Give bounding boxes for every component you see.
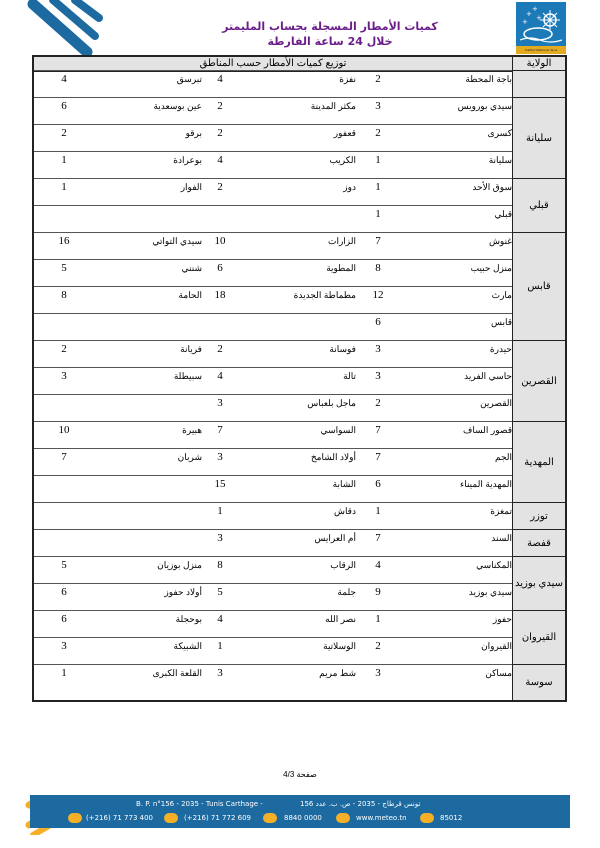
station-name: بوعرادة (82, 155, 202, 166)
rainfall-value: 3 (370, 370, 386, 382)
rainfall-value: 1 (56, 667, 72, 679)
station-name: مساكن (392, 668, 512, 679)
rainfall-value: 2 (370, 640, 386, 652)
rainfall-value: 5 (56, 262, 72, 274)
governorate-cell: توزر (512, 502, 565, 529)
footer-website[interactable]: www.meteo.tn (356, 814, 407, 822)
table-row: القصرين2ماجل بلعباس3 (34, 394, 512, 421)
logo-caption: Institut National de la Météorologie (516, 46, 566, 54)
station-name: تمغزة (392, 506, 512, 517)
rainfall-value: 2 (56, 343, 72, 355)
rainfall-value: 3 (370, 343, 386, 355)
footer-band: B. P. n°156 - 2035 - Tunis Carthage - تو… (30, 795, 570, 828)
governorate-cell: سليانة (512, 97, 565, 178)
svg-text:+: + (532, 5, 538, 13)
rainfall-value: 1 (370, 181, 386, 193)
weather-logo-icon: ++++ (516, 2, 566, 46)
station-name: الزارات (236, 236, 356, 247)
footer-phone: (+216) 71 773 400 (86, 814, 153, 822)
table-row: باجة المحطة2نفزة4تبرسق4 (34, 70, 512, 97)
table-row: حاسي الفريد3تالة4سبيطلة3 (34, 367, 512, 394)
table-row: قبلي1 (34, 205, 512, 232)
rainfall-value: 18 (212, 289, 228, 301)
station-name: قابس (392, 317, 512, 328)
station-name: الجم (392, 452, 512, 463)
header-distribution: توزيع كميات الأمطار حسب المناطق (34, 57, 512, 70)
station-name: الفوار (82, 182, 202, 193)
rainfall-value: 2 (212, 181, 228, 193)
station-name: شربان (82, 452, 202, 463)
table-row: منزل حبيب8المطوية6شنني5 (34, 259, 512, 286)
station-name: غنوش (392, 236, 512, 247)
inm-logo: ++++ Institut National de la Météorologi… (516, 2, 566, 54)
table-row: السند7أم العرايس3 (34, 529, 512, 556)
rainfall-value: 9 (370, 586, 386, 598)
station-name: نصر الله (236, 614, 356, 625)
station-name: فريانة (82, 344, 202, 355)
table-row: المكناسي4الرقاب8منزل بوزيان5 (34, 556, 512, 583)
table-row: سوق الأحد1دوز2الفوار1 (34, 178, 512, 205)
table-row: حيدرة3فوسانة2فريانة2 (34, 340, 512, 367)
station-name: قعفور (236, 128, 356, 139)
rainfall-table: توزيع كميات الأمطار حسب المناطق الولاية … (32, 55, 567, 702)
station-name: دوز (236, 182, 356, 193)
table-row: المهدية الميناء6الشابة15 (34, 475, 512, 502)
station-name: السند (392, 533, 512, 544)
station-name: فوسانة (236, 344, 356, 355)
station-name: الكريب (236, 155, 356, 166)
rainfall-value: 1 (56, 154, 72, 166)
rainfall-value: 3 (212, 667, 228, 679)
rainfall-value: 4 (212, 613, 228, 625)
rainfall-value: 6 (56, 586, 72, 598)
station-name: السواسي (236, 425, 356, 436)
station-name: شنني (82, 263, 202, 274)
rainfall-value: 7 (370, 235, 386, 247)
station-name: باجة المحطة (392, 74, 512, 85)
station-name: سبيطلة (82, 371, 202, 382)
table-row: تمغزة1دقاش1 (34, 502, 512, 529)
rainfall-value: 4 (212, 370, 228, 382)
rainfall-value: 8 (56, 289, 72, 301)
table-row: سيدي بوزيد9جلمة5أولاد حفوز6 (34, 583, 512, 610)
table-row: غنوش7الزارات10سيدي التواتي16 (34, 232, 512, 259)
rainfall-value: 1 (370, 208, 386, 220)
rainfall-value: 3 (56, 640, 72, 652)
station-name: القصرين (392, 398, 512, 409)
rainfall-value: 2 (56, 127, 72, 139)
fax-icon (164, 813, 178, 823)
rainfall-value: 4 (212, 73, 228, 85)
rainfall-value: 7 (56, 451, 72, 463)
station-name: سيدي بوزيد (392, 587, 512, 598)
governorate-cell: سوسة (512, 664, 565, 700)
rainfall-value: 1 (370, 154, 386, 166)
rainfall-value: 1 (56, 181, 72, 193)
station-name: تبرسق (82, 74, 202, 85)
header-stripes-graphic (25, 0, 110, 55)
governorate-cell (512, 70, 565, 97)
rainfall-value: 8 (370, 262, 386, 274)
station-name: منزل حبيب (392, 263, 512, 274)
rainfall-value: 4 (56, 73, 72, 85)
rainfall-value: 6 (370, 316, 386, 328)
rainfall-value: 3 (370, 667, 386, 679)
rainfall-value: 2 (212, 127, 228, 139)
station-name: أم العرايس (236, 533, 356, 544)
rainfall-value: 3 (212, 397, 228, 409)
rainfall-value: 3 (212, 532, 228, 544)
governorate-cell: سيدي بوزيد (512, 556, 565, 610)
station-name: المهدية الميناء (392, 479, 512, 490)
table-row: قابس6 (34, 313, 512, 340)
table-row: سيدي بورويس3مكثر المدينة2عين بوسعدية6 (34, 97, 512, 124)
svg-text:+: + (536, 14, 542, 22)
rainfall-value: 10 (212, 235, 228, 247)
governorate-cell: القيروان (512, 610, 565, 664)
station-name: الوسلاتية (236, 641, 356, 652)
rainfall-value: 2 (370, 73, 386, 85)
table-row: قصور الساف7السواسي7هبيرة10 (34, 421, 512, 448)
station-name: سوق الأحد (392, 182, 512, 193)
table-row: مارث12مطماطة الجديدة18الحامة8 (34, 286, 512, 313)
sms-icon (420, 813, 434, 823)
station-name: القيروان (392, 641, 512, 652)
station-name: حفوز (392, 614, 512, 625)
station-name: أولاد الشامخ (236, 452, 356, 463)
rainfall-value: 2 (370, 127, 386, 139)
station-name: الشبيكة (82, 641, 202, 652)
rainfall-value: 6 (370, 478, 386, 490)
rainfall-value: 4 (212, 154, 228, 166)
station-name: بوحجلة (82, 614, 202, 625)
report-title-line1: كميات الأمطار المسجلة بحساب المليمتر (200, 20, 460, 33)
station-name: دقاش (236, 506, 356, 517)
station-name: ماجل بلعباس (236, 398, 356, 409)
station-name: نفزة (236, 74, 356, 85)
hotline-icon (263, 813, 277, 823)
svg-text:+: + (522, 18, 528, 26)
station-name: أولاد حفوز (82, 587, 202, 598)
footer-sms: 85012 (440, 814, 462, 822)
rainfall-value: 2 (212, 100, 228, 112)
governorate-cell: قبلي (512, 178, 565, 232)
station-name: سيدي التواتي (82, 236, 202, 247)
station-name: سليانة (392, 155, 512, 166)
rainfall-value: 7 (370, 424, 386, 436)
footer-hotline: 8840 0000 (284, 814, 322, 822)
station-name: المطوية (236, 263, 356, 274)
table-row: الجم7أولاد الشامخ3شربان7 (34, 448, 512, 475)
table-row: مساكن3شط مريم3القلعة الكبرى1 (34, 664, 512, 700)
station-name: عين بوسعدية (82, 101, 202, 112)
rainfall-value: 5 (212, 586, 228, 598)
station-name: حاسي الفريد (392, 371, 512, 382)
rainfall-value: 1 (212, 505, 228, 517)
station-name: برقو (82, 128, 202, 139)
station-name: جلمة (236, 587, 356, 598)
station-name: مطماطة الجديدة (236, 290, 356, 301)
station-name: مارث (392, 290, 512, 301)
governorate-cell: القصرين (512, 340, 565, 421)
rainfall-value: 6 (212, 262, 228, 274)
station-name: المكناسي (392, 560, 512, 571)
footer-address-ar: تونس قرطاج - 2035 - ص. ب. عدد 156 (300, 800, 420, 808)
governorate-cell: قابس (512, 232, 565, 340)
rainfall-value: 2 (212, 343, 228, 355)
station-name: الحامة (82, 290, 202, 301)
station-name: الرقاب (236, 560, 356, 571)
rainfall-value: 1 (212, 640, 228, 652)
table-row: القيروان2الوسلاتية1الشبيكة3 (34, 637, 512, 664)
station-name: سيدي بورويس (392, 101, 512, 112)
rainfall-value: 12 (370, 289, 386, 301)
rainfall-value: 16 (56, 235, 72, 247)
page-number: صفحة 4/3 (270, 770, 330, 779)
rainfall-value: 2 (370, 397, 386, 409)
rainfall-value: 8 (212, 559, 228, 571)
governorate-cell: المهدية (512, 421, 565, 502)
rainfall-value: 1 (370, 505, 386, 517)
station-name: حيدرة (392, 344, 512, 355)
station-name: القلعة الكبرى (82, 668, 202, 679)
station-name: قصور الساف (392, 425, 512, 436)
station-name: شط مريم (236, 668, 356, 679)
rainfall-value: 7 (370, 451, 386, 463)
rainfall-value: 7 (212, 424, 228, 436)
table-row: سليانة1الكريب4بوعرادة1 (34, 151, 512, 178)
rainfall-value: 3 (56, 370, 72, 382)
station-name: هبيرة (82, 425, 202, 436)
station-name: كسرى (392, 128, 512, 139)
rainfall-value: 3 (370, 100, 386, 112)
report-title-line2: خلال 24 ساعة الفارطة (200, 35, 460, 48)
station-name: مكثر المدينة (236, 101, 356, 112)
station-name: قبلي (392, 209, 512, 220)
header-governorate: الولاية (512, 57, 565, 70)
table-row: كسرى2قعفور2برقو2 (34, 124, 512, 151)
table-row: حفوز1نصر الله4بوحجلة6 (34, 610, 512, 637)
footer-fax: (+216) 71 772 609 (184, 814, 251, 822)
station-name: منزل بوزيان (82, 560, 202, 571)
governorate-cell: قفصة (512, 529, 565, 556)
rainfall-value: 4 (370, 559, 386, 571)
phone-icon (68, 813, 82, 823)
rainfall-value: 5 (56, 559, 72, 571)
station-name: تالة (236, 371, 356, 382)
rainfall-value: 7 (370, 532, 386, 544)
footer-address-fr: B. P. n°156 - 2035 - Tunis Carthage - (136, 800, 263, 808)
globe-icon (336, 813, 350, 823)
rainfall-value: 6 (56, 100, 72, 112)
rainfall-value: 3 (212, 451, 228, 463)
station-name: الشابة (236, 479, 356, 490)
rainfall-value: 1 (370, 613, 386, 625)
rainfall-value: 6 (56, 613, 72, 625)
rainfall-value: 15 (212, 478, 228, 490)
rainfall-value: 10 (56, 424, 72, 436)
